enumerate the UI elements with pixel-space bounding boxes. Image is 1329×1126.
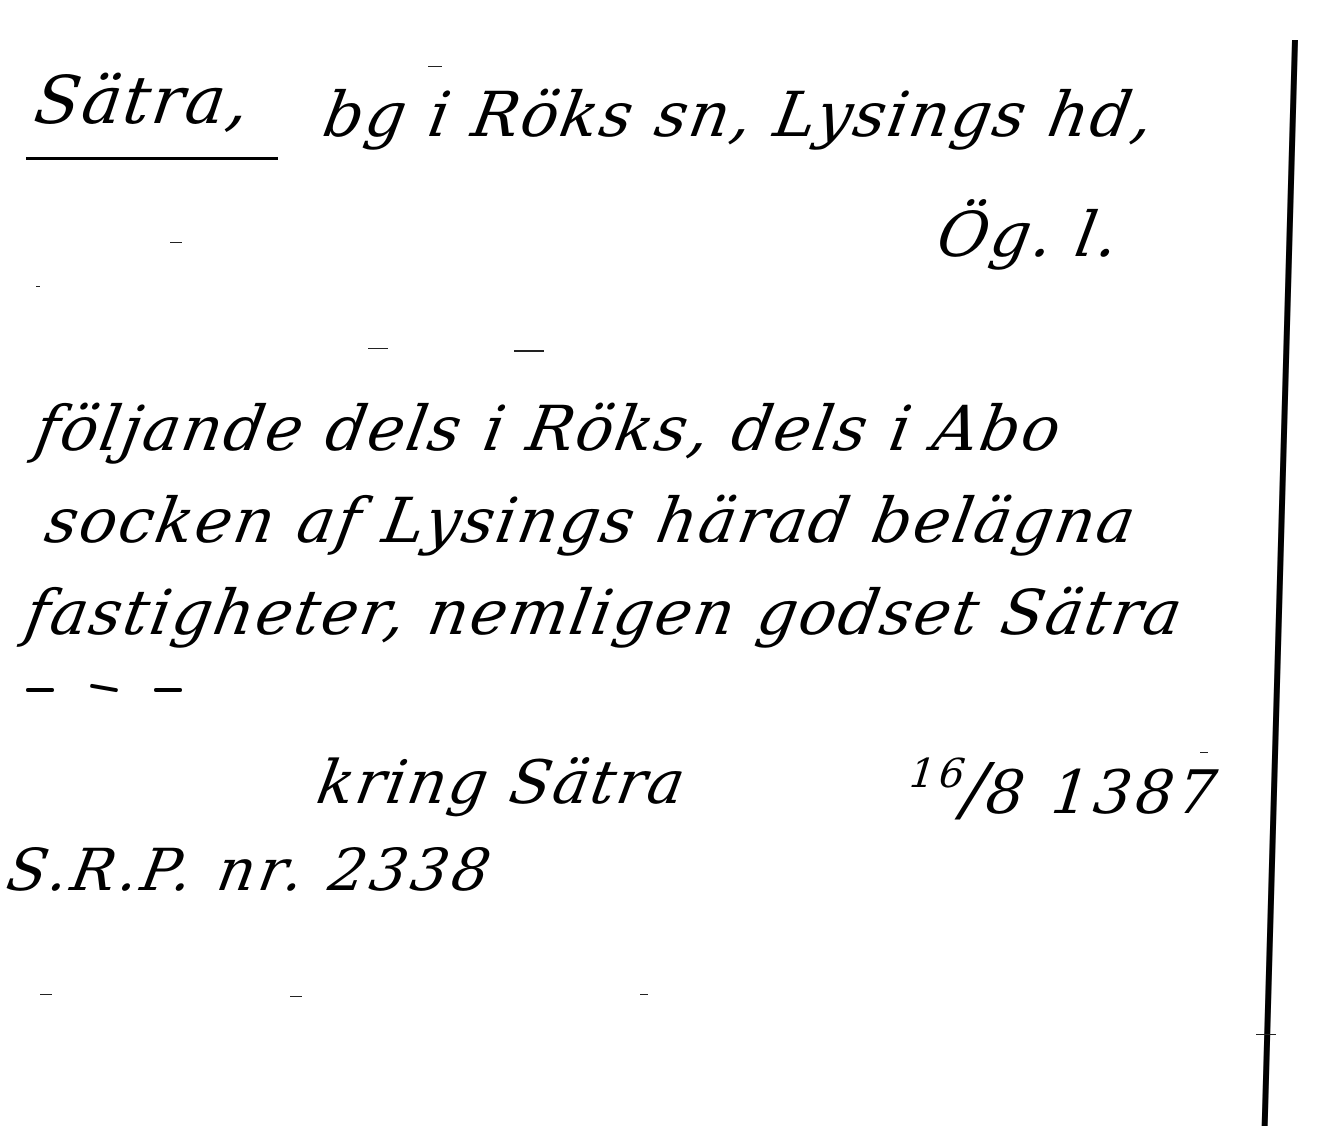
date-fraction: 16/8	[904, 748, 1033, 830]
scan-speck	[428, 66, 442, 67]
scan-speck	[36, 286, 40, 287]
scan-speck	[1200, 752, 1208, 753]
scan-speck	[514, 350, 544, 352]
continuation-dashes	[26, 688, 206, 694]
date-year: 1387	[1048, 758, 1224, 828]
scan-speck	[290, 996, 302, 997]
date-month: 8	[983, 758, 1033, 828]
scan-speck	[170, 242, 182, 243]
heading-place-name: Sätra,	[30, 62, 256, 139]
dash-mark	[90, 684, 118, 693]
source-note: kring Sätra	[312, 748, 692, 818]
date-day: 16	[907, 751, 971, 797]
reference-number: S.R.P. nr. 2338	[2, 836, 500, 904]
heading-description: bg i Röks sn, Lysings hd,	[318, 78, 1161, 151]
index-card: Sätra, bg i Röks sn, Lysings hd, Ög. l. …	[0, 0, 1329, 1126]
dash-mark	[154, 688, 182, 692]
scan-speck	[40, 994, 52, 995]
heading-region: Ög. l.	[932, 198, 1126, 271]
body-line-3: fastigheter, nemligen godset Sätra	[20, 576, 1189, 649]
dash-mark	[26, 688, 54, 692]
body-line-2: socken af Lysings härad belägna	[40, 484, 1143, 557]
date: 16/8 1387	[904, 748, 1225, 830]
body-line-1: följande dels i Röks, dels i Abo	[30, 392, 1068, 465]
heading-underline	[26, 157, 278, 160]
scan-speck	[640, 994, 648, 995]
card-right-edge	[1262, 40, 1298, 1126]
scan-speck	[1256, 1034, 1276, 1035]
scan-speck	[368, 348, 388, 349]
